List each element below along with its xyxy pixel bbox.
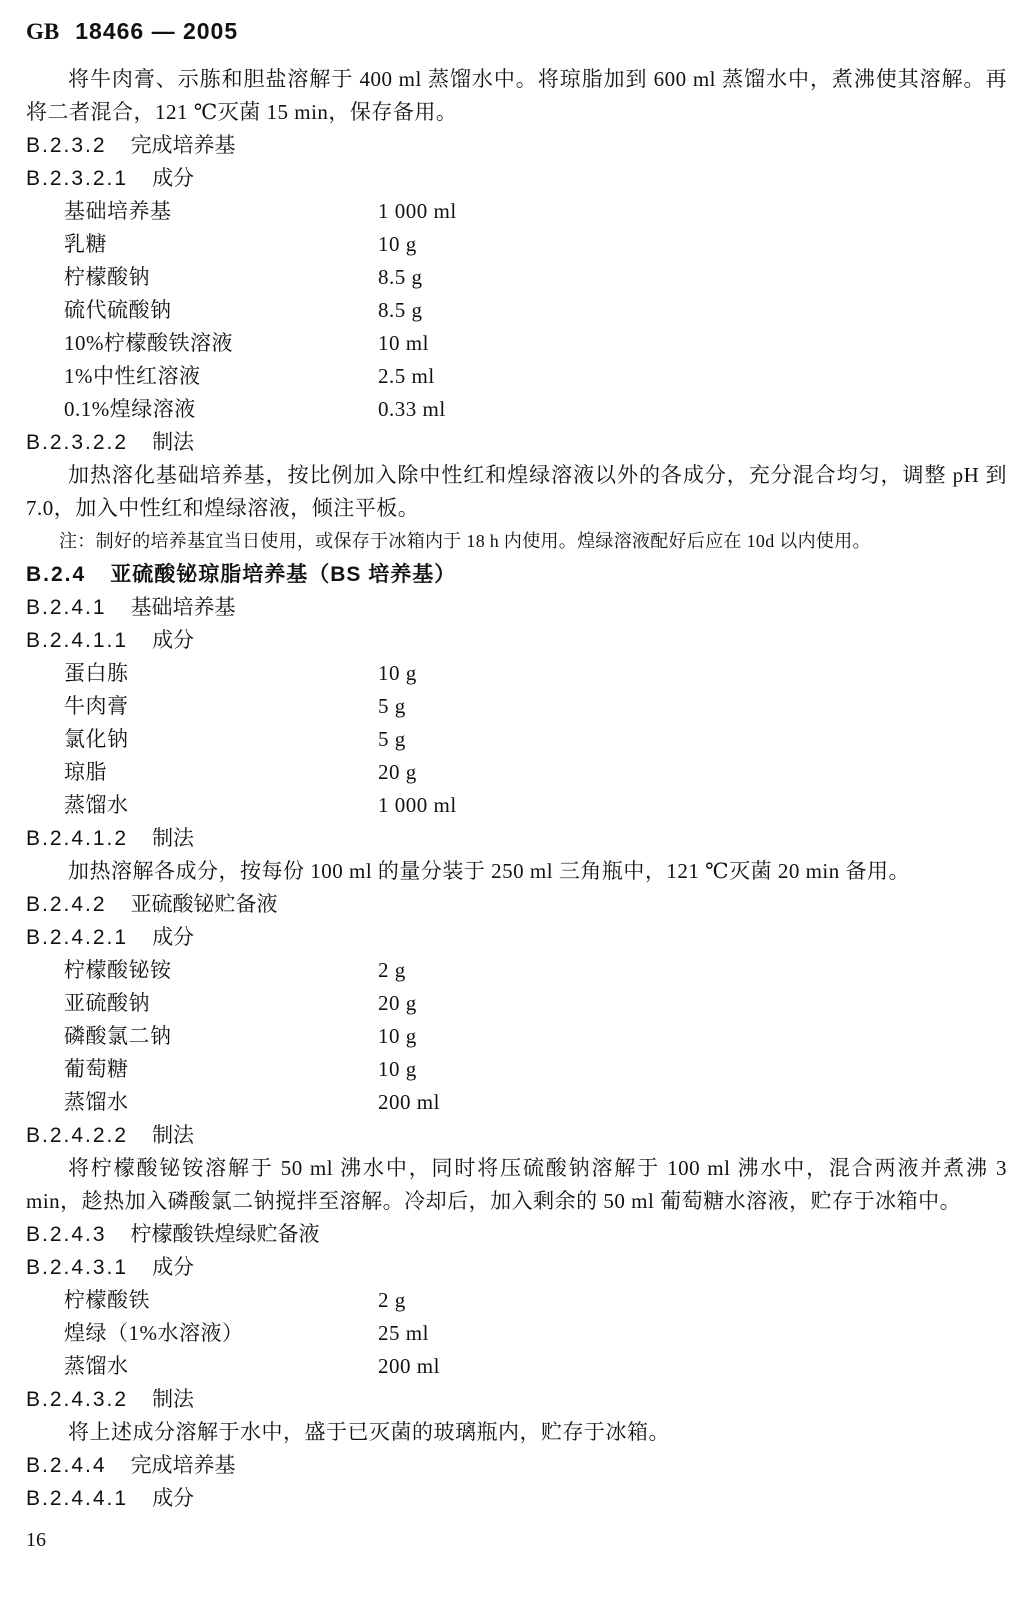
ingredient-row: 琼脂 20 g xyxy=(26,756,1007,789)
ingredient-name: 氯化钠 xyxy=(64,723,378,756)
clause-title: 柠檬酸铁煌绿贮备液 xyxy=(131,1218,320,1251)
document-page: GB 18466 — 2005 将牛肉膏、示胨和胆盐溶解于 400 ml 蒸馏水… xyxy=(0,0,1033,1600)
clause-b241: B.2.4.1 基础培养基 xyxy=(26,591,1007,624)
ingredient-name: 硫代硫酸钠 xyxy=(64,294,378,327)
ingredient-name: 蛋白胨 xyxy=(64,657,378,690)
clause-number: B.2.4.2.1 xyxy=(26,921,128,954)
ingredient-row: 1%中性红溶液 2.5 ml xyxy=(26,360,1007,393)
ingredient-name: 柠檬酸铁 xyxy=(64,1284,378,1317)
clause-number: B.2.3.2.1 xyxy=(26,162,128,195)
clause-number: B.2.4.3.1 xyxy=(26,1251,128,1284)
clause-title: 成分 xyxy=(152,162,194,195)
ingredient-amount: 25 ml xyxy=(378,1317,429,1350)
ingredient-name: 柠檬酸钠 xyxy=(64,261,378,294)
ingredient-name: 亚硫酸钠 xyxy=(64,987,378,1020)
page-number: 16 xyxy=(26,1529,1007,1552)
ingredient-amount: 200 ml xyxy=(378,1086,440,1119)
clause-title: 亚硫酸铋贮备液 xyxy=(131,888,278,921)
clause-b24: B.2.4 亚硫酸铋琼脂培养基（BS 培养基） xyxy=(26,558,1007,591)
clause-b2431: B.2.4.3.1 成分 xyxy=(26,1251,1007,1284)
clause-b242: B.2.4.2 亚硫酸铋贮备液 xyxy=(26,888,1007,921)
method-paragraph-b2432: 将上述成分溶解于水中，盛于已灭菌的玻璃瓶内，贮存于冰箱。 xyxy=(26,1416,1007,1449)
ingredient-row: 亚硫酸钠 20 g xyxy=(26,987,1007,1020)
clause-number: B.2.4.1 xyxy=(26,591,107,624)
ingredient-amount: 10 g xyxy=(378,1020,417,1053)
clause-number: B.2.4.1.2 xyxy=(26,822,128,855)
ingredient-list-ferric-citrate-stock: 柠檬酸铁 2 g 煌绿（1%水溶液） 25 ml 蒸馏水 200 ml xyxy=(26,1284,1007,1383)
ingredient-list-bs-base-medium: 蛋白胨 10 g 牛肉膏 5 g 氯化钠 5 g 琼脂 20 g 蒸馏水 1 0… xyxy=(26,657,1007,822)
ingredient-row: 蒸馏水 200 ml xyxy=(26,1086,1007,1119)
ingredient-row: 磷酸氯二钠 10 g xyxy=(26,1020,1007,1053)
method-paragraph-b2422: 将柠檬酸铋铵溶解于 50 ml 沸水中，同时将压硫酸钠溶解于 100 ml 沸水… xyxy=(26,1152,1007,1218)
ingredient-row: 10%柠檬酸铁溶液 10 ml xyxy=(26,327,1007,360)
ingredient-row: 基础培养基 1 000 ml xyxy=(26,195,1007,228)
ingredient-row: 蛋白胨 10 g xyxy=(26,657,1007,690)
clause-title: 完成培养基 xyxy=(131,1449,236,1482)
clause-title: 制法 xyxy=(152,822,194,855)
clause-title: 成分 xyxy=(152,1482,194,1515)
ingredient-name: 蒸馏水 xyxy=(64,1086,378,1119)
clause-b2321: B.2.3.2.1 成分 xyxy=(26,162,1007,195)
clause-b2322: B.2.3.2.2 制法 xyxy=(26,426,1007,459)
clause-title: 完成培养基 xyxy=(131,129,236,162)
standard-number: 18466 — 2005 xyxy=(75,18,238,45)
ingredient-row: 乳糖 10 g xyxy=(26,228,1007,261)
ingredient-row: 柠檬酸铁 2 g xyxy=(26,1284,1007,1317)
ingredient-row: 蒸馏水 200 ml xyxy=(26,1350,1007,1383)
ingredient-name: 蒸馏水 xyxy=(64,1350,378,1383)
clause-title: 制法 xyxy=(152,1383,194,1416)
note-text: 注：制好的培养基宜当日使用，或保存于冰箱内于 18 h 内使用。煌绿溶液配好后应… xyxy=(26,525,1007,558)
clause-b2441: B.2.4.4.1 成分 xyxy=(26,1482,1007,1515)
ingredient-amount: 10 ml xyxy=(378,327,429,360)
ingredient-name: 琼脂 xyxy=(64,756,378,789)
ingredient-row: 柠檬酸钠 8.5 g xyxy=(26,261,1007,294)
clause-number: B.2.4.2.2 xyxy=(26,1119,128,1152)
ingredient-name: 蒸馏水 xyxy=(64,789,378,822)
clause-b244: B.2.4.4 完成培养基 xyxy=(26,1449,1007,1482)
ingredient-name: 葡萄糖 xyxy=(64,1053,378,1086)
ingredient-amount: 5 g xyxy=(378,690,406,723)
clause-b232: B.2.3.2 完成培养基 xyxy=(26,129,1007,162)
ingredient-name: 10%柠檬酸铁溶液 xyxy=(64,327,378,360)
ingredient-amount: 200 ml xyxy=(378,1350,440,1383)
ingredient-amount: 1 000 ml xyxy=(378,789,457,822)
standard-header: GB 18466 — 2005 xyxy=(26,18,1007,45)
ingredient-name: 柠檬酸铋铵 xyxy=(64,954,378,987)
clause-title: 成分 xyxy=(152,921,194,954)
ingredient-amount: 8.5 g xyxy=(378,294,423,327)
clause-b243: B.2.4.3 柠檬酸铁煌绿贮备液 xyxy=(26,1218,1007,1251)
clause-number: B.2.4.1.1 xyxy=(26,624,128,657)
ingredient-amount: 1 000 ml xyxy=(378,195,457,228)
standard-label: GB xyxy=(26,19,59,45)
ingredient-amount: 20 g xyxy=(378,987,417,1020)
ingredient-row: 氯化钠 5 g xyxy=(26,723,1007,756)
clause-title: 基础培养基 xyxy=(131,591,236,624)
ingredient-name: 乳糖 xyxy=(64,228,378,261)
ingredient-amount: 10 g xyxy=(378,1053,417,1086)
clause-title: 成分 xyxy=(152,624,194,657)
method-paragraph-b2412: 加热溶解各成分，按每份 100 ml 的量分装于 250 ml 三角瓶中，121… xyxy=(26,855,1007,888)
ingredient-amount: 20 g xyxy=(378,756,417,789)
ingredient-amount: 2 g xyxy=(378,954,406,987)
clause-number: B.2.4 xyxy=(26,558,86,591)
ingredient-row: 0.1%煌绿溶液 0.33 ml xyxy=(26,393,1007,426)
clause-b2412: B.2.4.1.2 制法 xyxy=(26,822,1007,855)
clause-title: 成分 xyxy=(152,1251,194,1284)
ingredient-row: 煌绿（1%水溶液） 25 ml xyxy=(26,1317,1007,1350)
ingredient-name: 煌绿（1%水溶液） xyxy=(64,1317,378,1350)
clause-number: B.2.4.4 xyxy=(26,1449,107,1482)
ingredient-list-bismuth-sulfite-stock: 柠檬酸铋铵 2 g 亚硫酸钠 20 g 磷酸氯二钠 10 g 葡萄糖 10 g … xyxy=(26,954,1007,1119)
clause-title: 制法 xyxy=(152,426,194,459)
clause-number: B.2.4.3 xyxy=(26,1218,107,1251)
ingredient-name: 牛肉膏 xyxy=(64,690,378,723)
ingredient-list-completed-medium: 基础培养基 1 000 ml 乳糖 10 g 柠檬酸钠 8.5 g 硫代硫酸钠 … xyxy=(26,195,1007,426)
ingredient-amount: 2 g xyxy=(378,1284,406,1317)
ingredient-name: 磷酸氯二钠 xyxy=(64,1020,378,1053)
clause-title: 制法 xyxy=(152,1119,194,1152)
ingredient-amount: 0.33 ml xyxy=(378,393,446,426)
ingredient-name: 0.1%煌绿溶液 xyxy=(64,393,378,426)
ingredient-row: 牛肉膏 5 g xyxy=(26,690,1007,723)
clause-b2422: B.2.4.2.2 制法 xyxy=(26,1119,1007,1152)
ingredient-name: 1%中性红溶液 xyxy=(64,360,378,393)
clause-number: B.2.3.2 xyxy=(26,129,107,162)
clause-number: B.2.4.4.1 xyxy=(26,1482,128,1515)
ingredient-name: 基础培养基 xyxy=(64,195,378,228)
clause-b2411: B.2.4.1.1 成分 xyxy=(26,624,1007,657)
ingredient-amount: 5 g xyxy=(378,723,406,756)
clause-number: B.2.3.2.2 xyxy=(26,426,128,459)
ingredient-amount: 2.5 ml xyxy=(378,360,435,393)
clause-b2432: B.2.4.3.2 制法 xyxy=(26,1383,1007,1416)
clause-number: B.2.4.2 xyxy=(26,888,107,921)
ingredient-row: 葡萄糖 10 g xyxy=(26,1053,1007,1086)
ingredient-row: 蒸馏水 1 000 ml xyxy=(26,789,1007,822)
ingredient-amount: 10 g xyxy=(378,228,417,261)
intro-paragraph: 将牛肉膏、示胨和胆盐溶解于 400 ml 蒸馏水中。将琼脂加到 600 ml 蒸… xyxy=(26,63,1007,129)
clause-b2421: B.2.4.2.1 成分 xyxy=(26,921,1007,954)
ingredient-row: 柠檬酸铋铵 2 g xyxy=(26,954,1007,987)
ingredient-amount: 8.5 g xyxy=(378,261,423,294)
clause-title: 亚硫酸铋琼脂培养基（BS 培养基） xyxy=(110,558,456,591)
clause-number: B.2.4.3.2 xyxy=(26,1383,128,1416)
ingredient-row: 硫代硫酸钠 8.5 g xyxy=(26,294,1007,327)
method-paragraph-b2322: 加热溶化基础培养基，按比例加入除中性红和煌绿溶液以外的各成分，充分混合均匀，调整… xyxy=(26,459,1007,525)
ingredient-amount: 10 g xyxy=(378,657,417,690)
